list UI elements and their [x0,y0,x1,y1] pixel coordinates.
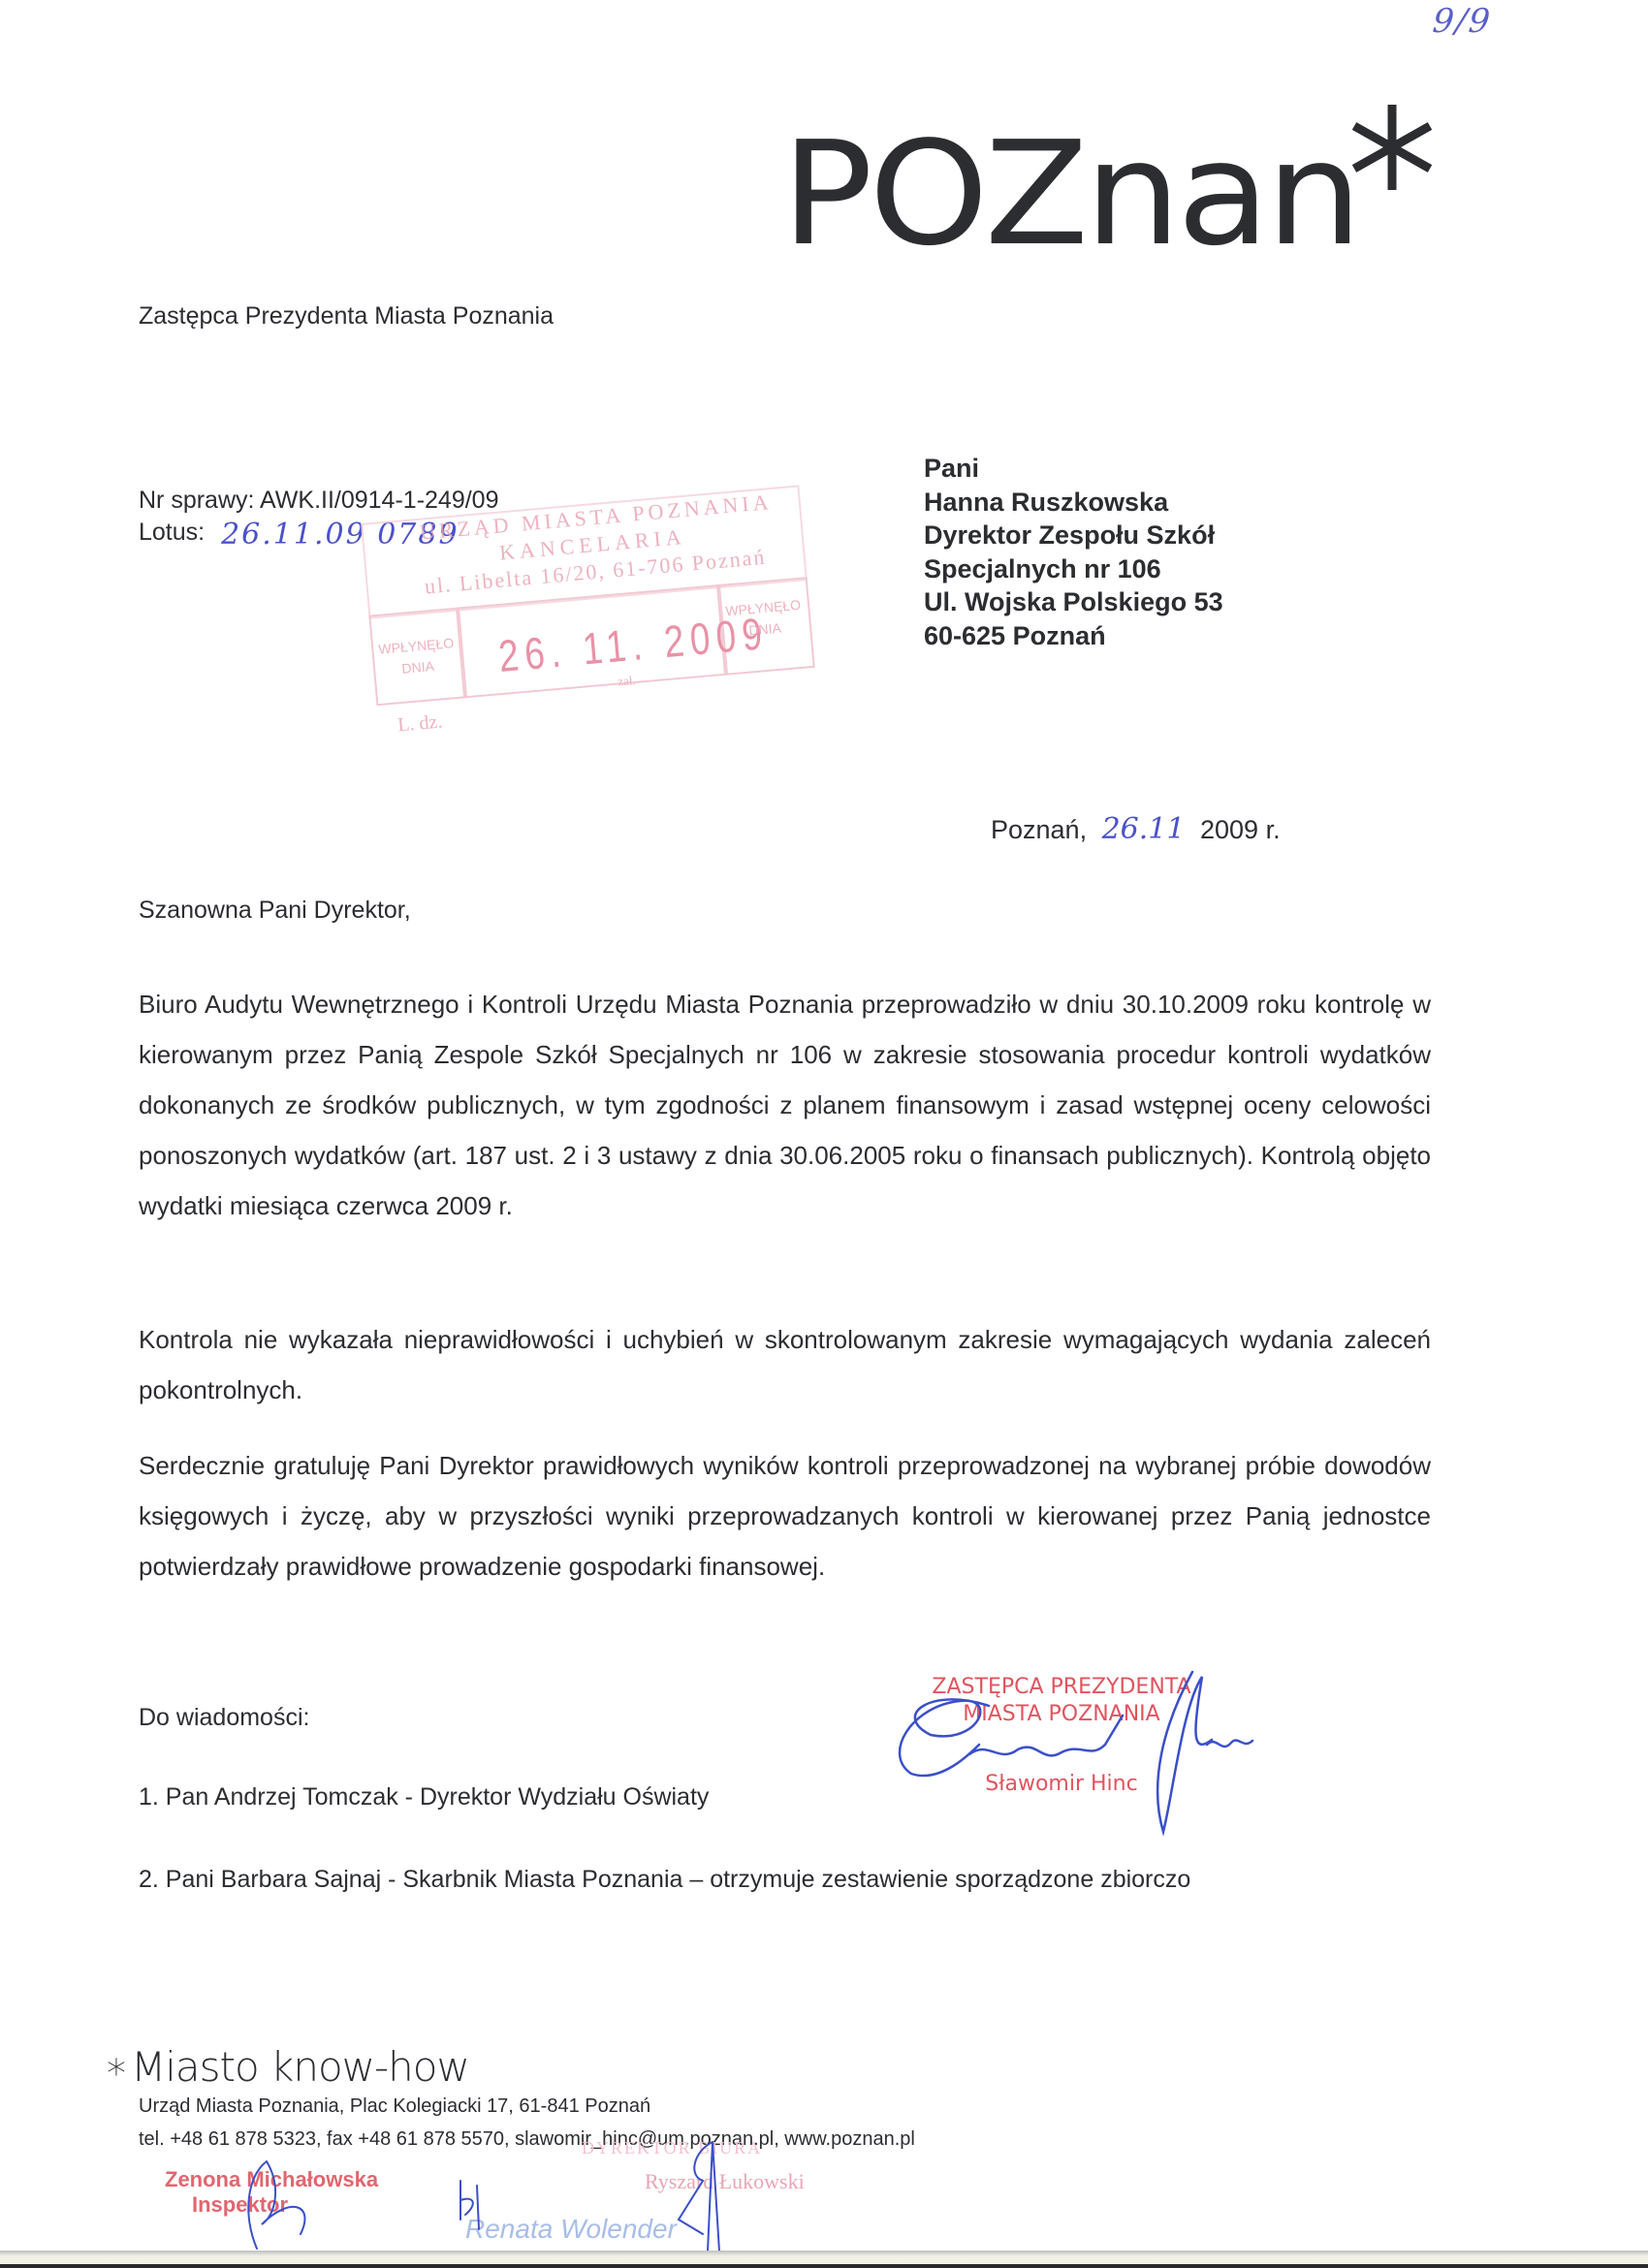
addressee-block: Pani Hanna Ruszkowska Dyrektor Zespołu S… [924,452,1223,652]
sender-title: Zastępca Prezydenta Miasta Poznania [139,302,554,331]
addressee-line: Dyrektor Zespołu Szkół [924,519,1223,552]
stamp-ldz-label: L. dz. [396,710,443,737]
addressee-line: Specjalnych nr 106 [924,552,1223,586]
date-year: 2009 r. [1200,815,1281,844]
poznan-logo: POZnan [781,114,1450,279]
asterisk-icon: * [107,2052,125,2096]
case-number: AWK.II/0914-1-249/09 [260,487,498,514]
logo-wordmark: POZnan [781,122,1358,266]
case-number-line: Nr sprawy: AWK.II/0914-1-249/09 [139,485,498,516]
cc-label: Do wiadomości: [139,1704,309,1732]
body-paragraph-1: Biuro Audytu Wewnętrznego i Kontroli Urz… [139,979,1431,1231]
director-signature-icon [659,2137,746,2253]
handwritten-signature-icon [872,1648,1280,1842]
salutation: Szanowna Pani Dyrektor, [139,897,411,925]
asterisk-icon [1348,105,1436,192]
addressee-line: Pani [924,452,1223,486]
lotus-label: Lotus: [139,519,205,546]
footer-brand-text: Miasto know-how [131,2043,469,2091]
body-paragraph-2: Kontrola nie wykazała nieprawidłowości i… [139,1314,1431,1415]
cc-item: 2. Pani Barbara Sajnaj - Skarbnik Miasta… [139,1866,1190,1894]
page-number-handwritten: 9/9 [1431,2,1494,41]
date-handwritten: 26.11 [1102,812,1186,846]
stamp-zal-label: zał. [618,673,637,690]
case-number-label: Nr sprawy: [139,487,254,514]
received-stamp: URZĄD MIASTA POZNANIA KANCELARIA ul. Lib… [361,484,837,774]
addressee-line: 60-625 Poznań [924,619,1223,653]
addressee-line: Ul. Wojska Polskiego 53 [924,585,1223,619]
footer-address: Urząd Miasta Poznania, Plac Kolegiacki 1… [139,2095,650,2118]
date-city: Poznań, [991,815,1087,844]
cc-item: 1. Pan Andrzej Tomczak - Dyrektor Wydzia… [139,1783,709,1811]
stamp-right-label: WPŁYNĘŁO DNIA [721,594,807,644]
signature-stamp: ZASTĘPCA PREZYDENTA MIASTA POZNANIA Sław… [872,1648,1260,1842]
footer-contact: tel. +48 61 878 5323, fax +48 61 878 557… [139,2128,915,2151]
scanner-border [0,2264,1648,2268]
footer-brand: *Miasto know-how [107,2043,469,2091]
addressee-line: Hanna Ruszkowska [924,486,1223,520]
body-paragraph-3: Serdecznie gratuluję Pani Dyrektor prawi… [139,1440,1431,1591]
initials-signature-icon [223,2157,708,2253]
stamp-left-label: WPŁYNĘŁO DNIA [374,632,460,681]
date-line: Poznań, 26.11 2009 r. [991,812,1281,846]
